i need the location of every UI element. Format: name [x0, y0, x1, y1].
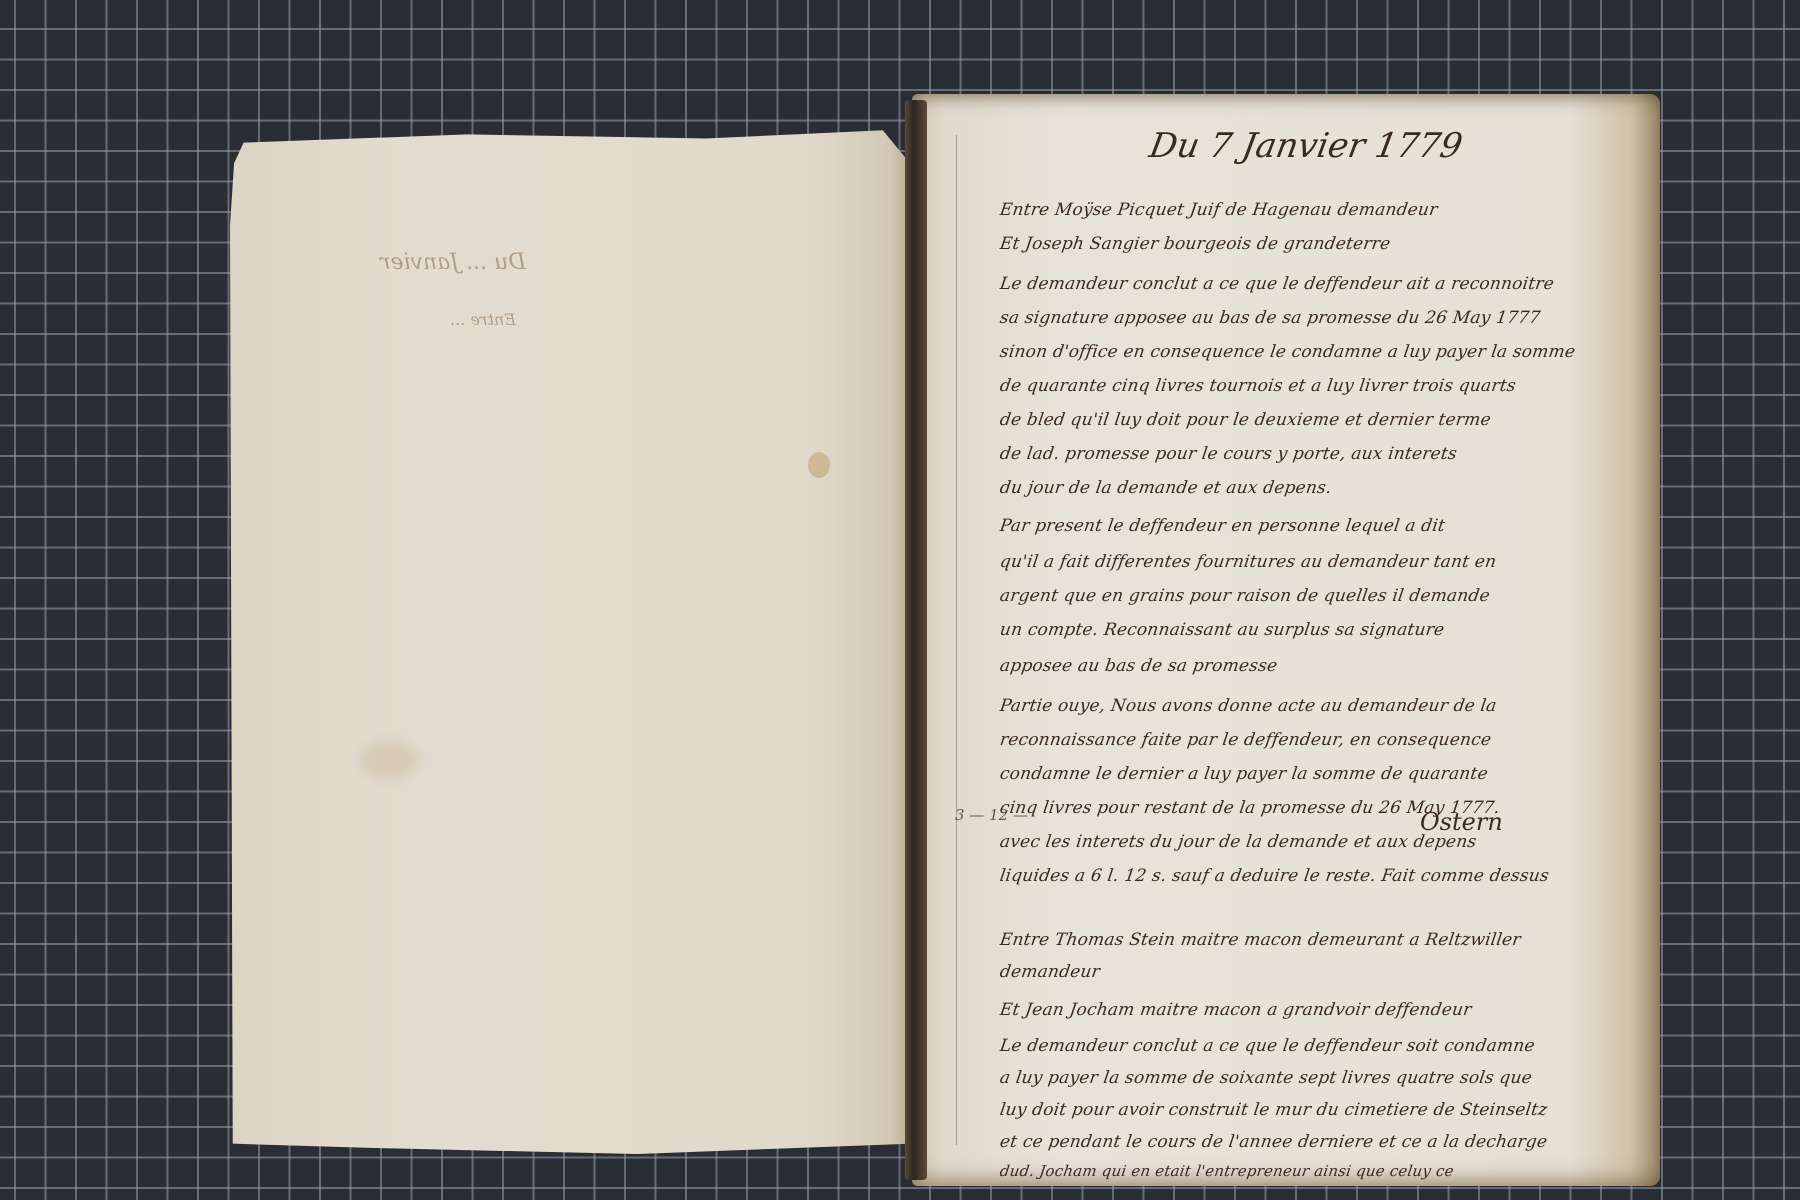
manuscript-line: et ce pendant le cours de l'annee dernie… [999, 1132, 1622, 1152]
manuscript-line: qu'il a fait differentes fournitures au … [999, 552, 1622, 572]
bleed-through-text: Du ... Janvier [380, 250, 526, 275]
manuscript-line: du jour de la demande et aux depens. [999, 478, 1622, 498]
manuscript-line: Et Joseph Sangier bourgeois de grandeter… [999, 234, 1622, 254]
manuscript-line: luy doit pour avoir construit le mur du … [999, 1100, 1622, 1120]
signature: Ostern [1420, 808, 1503, 836]
manuscript-line: Entre Thomas Stein maitre macon demeuran… [999, 930, 1622, 950]
manuscript-line: Et Jean Jocham maitre macon a grandvoir … [999, 1000, 1622, 1020]
manuscript-line: liquides a 6 l. 12 s. sauf a deduire le … [999, 866, 1622, 886]
manuscript-line: sa signature apposee au bas de sa promes… [999, 308, 1622, 328]
book-gutter [905, 100, 927, 1180]
right-page [912, 94, 1660, 1186]
manuscript-line: cinq livres pour restant de la promesse … [999, 798, 1622, 818]
manuscript-line: dud. Jocham qui en etait l'entrepreneur … [999, 1162, 1622, 1180]
margin-note: 3 — 12 — [955, 806, 1028, 824]
margin-rule [956, 135, 957, 1145]
stain [808, 452, 830, 478]
manuscript-line: argent que en grains pour raison de quel… [999, 586, 1622, 606]
manuscript-line: apposee au bas de sa promesse [999, 656, 1622, 676]
manuscript-line: Le demandeur conclut a ce que le deffend… [999, 274, 1622, 294]
manuscript-line: Le demandeur conclut a ce que le deffend… [999, 1036, 1622, 1056]
manuscript-line: demandeur [999, 962, 1622, 982]
manuscript-line: de lad. promesse pour le cours y porte, … [999, 444, 1622, 464]
stain [360, 740, 420, 780]
manuscript-line: Par present le deffendeur en personne le… [999, 516, 1622, 536]
manuscript-line: reconnaissance faite par le deffendeur, … [999, 730, 1622, 750]
manuscript-line: avec les interets du jour de la demande … [999, 832, 1622, 852]
manuscript-line: condamne le dernier a luy payer la somme… [999, 764, 1622, 784]
left-page [230, 122, 910, 1154]
manuscript-line: a luy payer la somme de soixante sept li… [999, 1068, 1622, 1088]
manuscript-line: de bled qu'il luy doit pour le deuxieme … [999, 410, 1622, 430]
manuscript-line: sinon d'office en consequence le condamn… [999, 342, 1622, 362]
entry-date-heading: Du 7 Janvier 1779 [1146, 126, 1465, 166]
manuscript-line: Partie ouye, Nous avons donne acte au de… [999, 696, 1622, 716]
manuscript-line: Entre Moÿse Picquet Juif de Hagenau dema… [999, 200, 1622, 220]
manuscript-line: de quarante cinq livres tournois et a lu… [999, 376, 1622, 396]
bleed-through-text: Entre ... [450, 310, 516, 329]
manuscript-line: un compte. Reconnaissant au surplus sa s… [999, 620, 1622, 640]
